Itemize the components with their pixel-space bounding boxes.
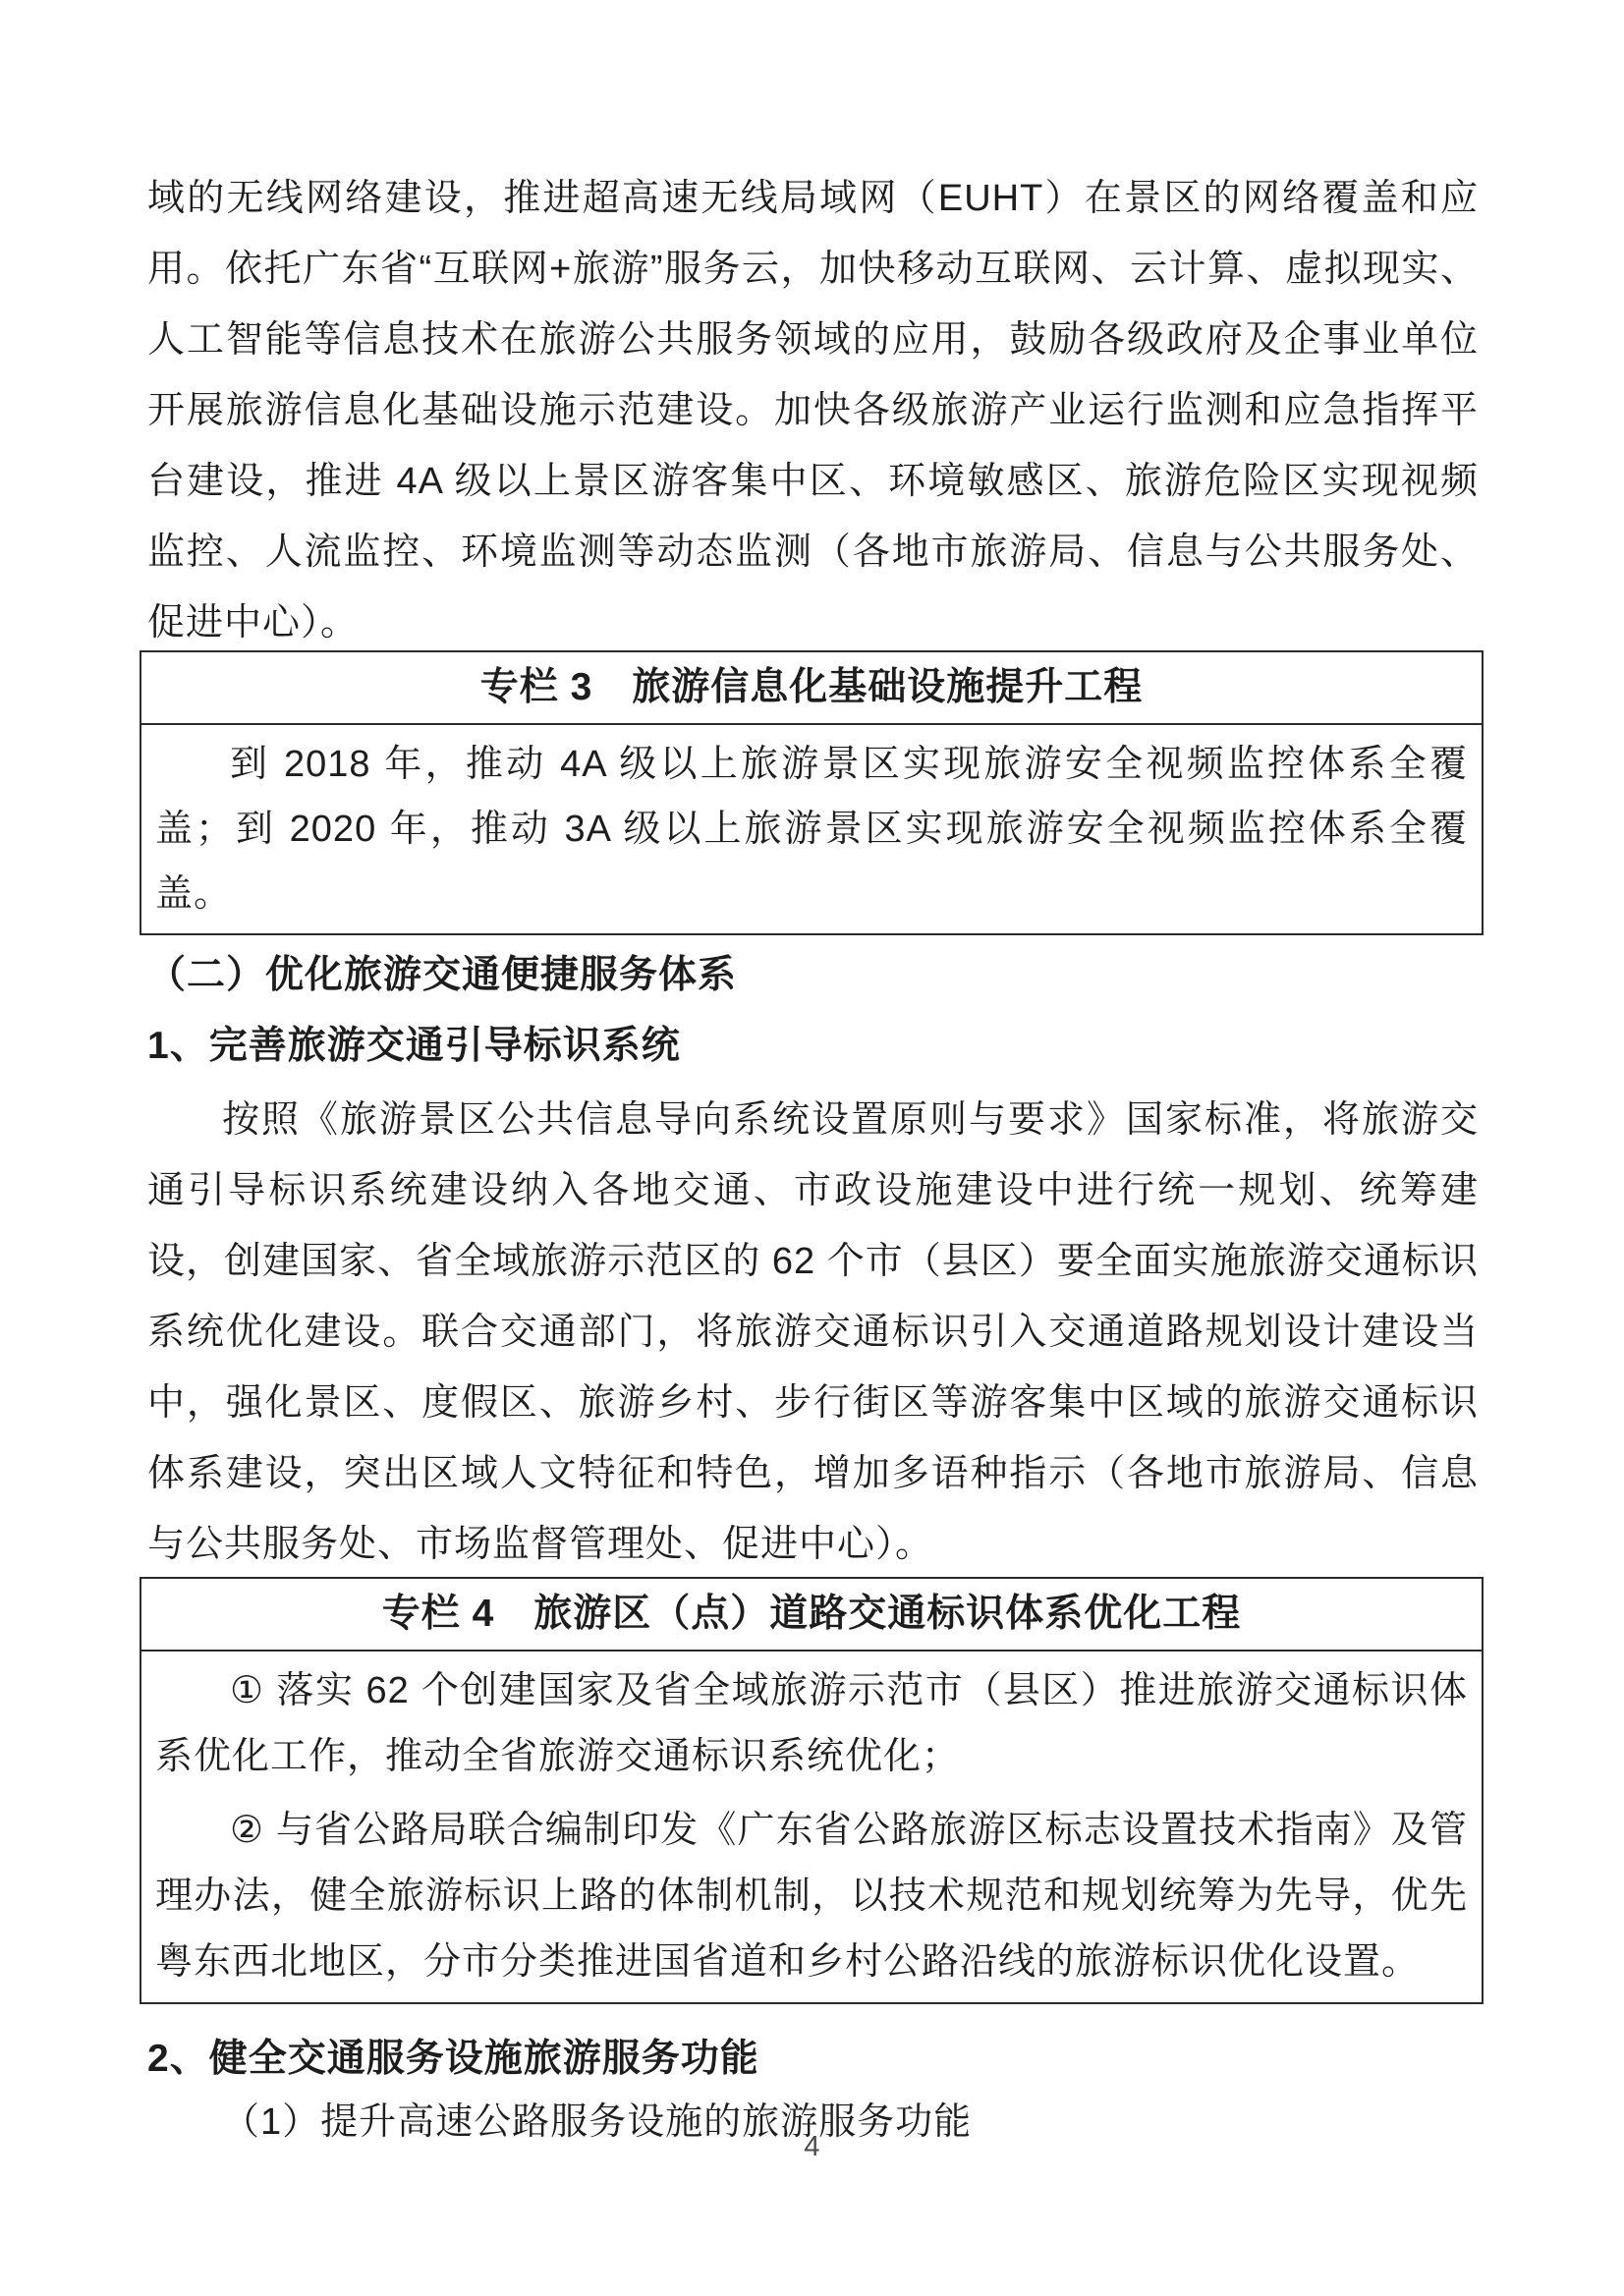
callout-box-4: 专栏 4 旅游区（点）道路交通标识体系优化工程 ① 落实 62 个创建国家及省全… [140, 1577, 1484, 2004]
callout-box-4-body: ① 落实 62 个创建国家及省全域旅游示范市（县区）推进旅游交通标识体系优化工作… [141, 1652, 1482, 2002]
callout-box-3: 专栏 3 旅游信息化基础设施提升工程 到 2018 年，推动 4A 级以上旅游景… [140, 650, 1484, 935]
heading-section-2: （二）优化旅游交通便捷服务体系 [147, 940, 1479, 1011]
callout-box-3-title: 专栏 3 旅游信息化基础设施提升工程 [141, 652, 1482, 725]
heading-item-2: 2、健全交通服务设施旅游服务功能 [147, 2024, 1479, 2095]
heading-item-1: 1、完善旅游交通引导标识系统 [147, 1011, 1479, 1082]
callout-box-4-item-1: ① 落实 62 个创建国家及省全域旅游示范市（县区）推进旅游交通标识体系优化工作… [155, 1658, 1468, 1790]
page-number: 4 [0, 2130, 1624, 2163]
paragraph-wireless-network: 域的无线网络建设，推进超高速无线局域网（EUHT）在景区的网络覆盖和应用。依托广… [147, 163, 1479, 658]
paragraph-traffic-signage: 按照《旅游景区公共信息导向系统设置原则与要求》国家标准，将旅游交通引导标识系统建… [147, 1085, 1479, 1580]
document-page: 域的无线网络建设，推进超高速无线局域网（EUHT）在景区的网络覆盖和应用。依托广… [147, 0, 1479, 2157]
callout-box-4-item-2: ② 与省公路局联合编制印发《广东省公路旅游区标志设置技术指南》及管理办法，健全旅… [155, 1798, 1468, 1995]
callout-box-3-text: 到 2018 年，推动 4A 级以上旅游景区实现旅游安全视频监控体系全覆盖；到 … [155, 732, 1468, 926]
callout-box-3-body: 到 2018 年，推动 4A 级以上旅游景区实现旅游安全视频监控体系全覆盖；到 … [141, 725, 1482, 933]
callout-box-4-title: 专栏 4 旅游区（点）道路交通标识体系优化工程 [141, 1579, 1482, 1652]
